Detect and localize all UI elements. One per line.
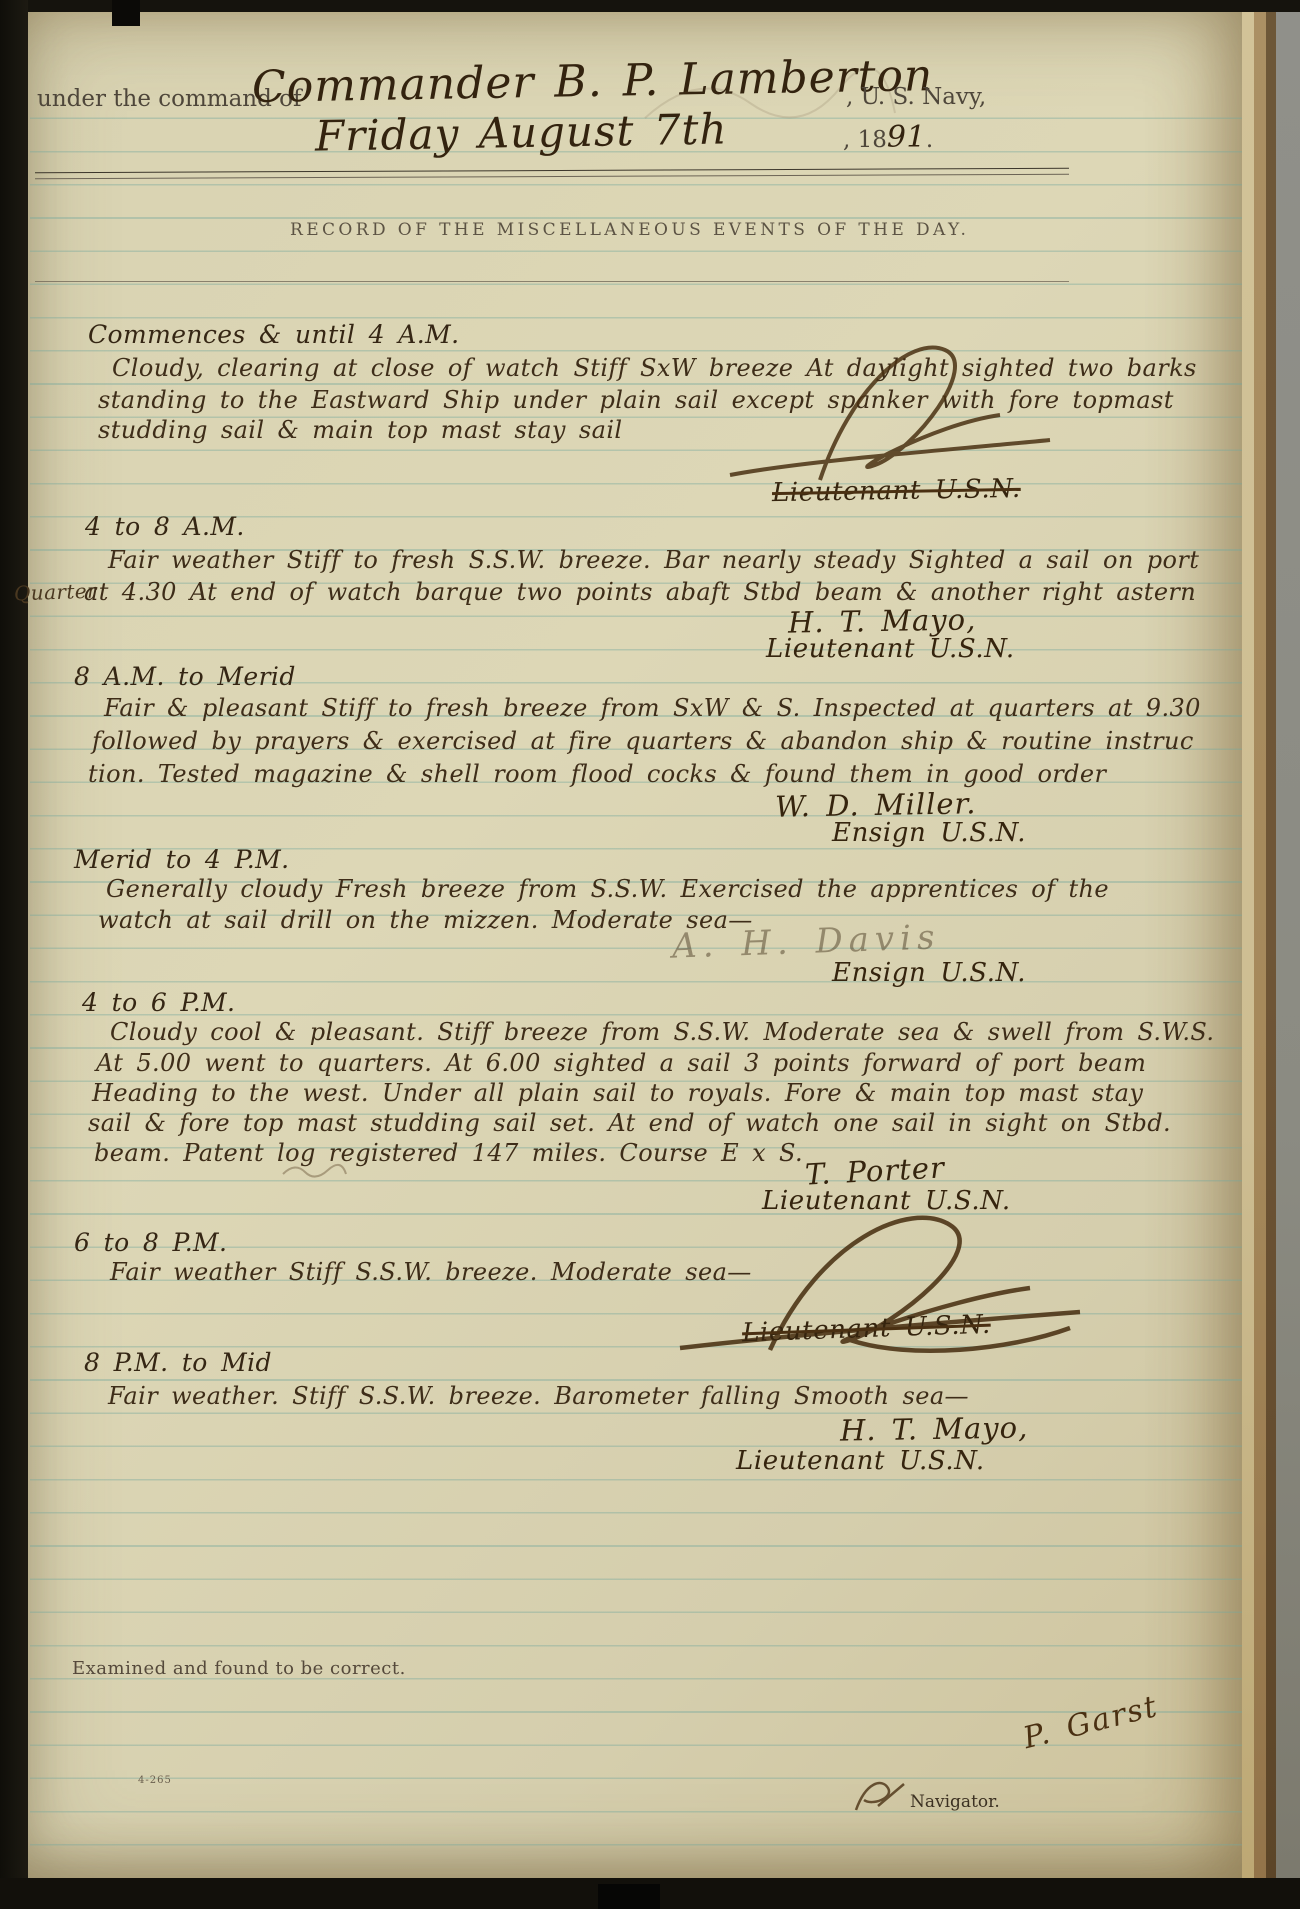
entry-1-line: studding sail & main top mast stay sail [98,416,622,444]
entry-2-line: Fair weather Stiff to fresh S.S.W. breez… [108,546,1199,574]
entry-7-line: Fair weather. Stiff S.S.W. breeze. Barom… [108,1382,969,1410]
binding-notch-top [112,0,140,26]
page-edge-dark [1266,0,1276,1878]
entry-7-signature-title: Lieutenant U.S.N. [736,1446,985,1476]
navigator-title: Navigator. [910,1792,1000,1812]
scan-backdrop [1276,0,1300,1878]
entry-7-signature-name: H. T. Mayo, [840,1410,1029,1447]
entry-4-line: watch at sail drill on the mizzen. Moder… [98,906,753,934]
entry-6-time-header: 6 to 8 P.M. [74,1228,227,1257]
printed-year-suffix: . [926,127,933,153]
section-rule [35,281,1069,282]
entry-4-line: Generally cloudy Fresh breeze from S.S.W… [106,875,1109,903]
entry-1-signature-title: Lieutenant U.S.N. [772,474,1021,508]
entry-3-line: Fair & pleasant Stiff to fresh breeze fr… [104,694,1201,722]
scanned-logbook-page: under the command of Commander B. P. Lam… [0,0,1300,1909]
entry-5-line: At 5.00 went to quarters. At 6.00 sighte… [96,1049,1146,1077]
page-edge-light [1242,0,1254,1878]
faint-pencil-scribble [640,58,900,138]
entry-2-time-header: 4 to 8 A.M. [85,512,245,541]
entry-2-signature-title: Lieutenant U.S.N. [766,634,1015,664]
entry-4-signature-title: Ensign U.S.N. [832,958,1026,988]
page-edge-mid [1254,0,1266,1878]
entry-1-signature-flourish [690,330,1070,490]
ink-smudge [280,1160,350,1182]
examined-note: Examined and found to be correct. [72,1658,406,1679]
entry-5-time-header: 4 to 6 P.M. [82,988,235,1017]
entry-5-line: Cloudy cool & pleasant. Stiff breeze fro… [110,1018,1214,1046]
entry-3-line: followed by prayers & exercised at fire … [92,727,1194,755]
entry-3-time-header: 8 A.M. to Merid [74,662,296,691]
section-title: RECORD OF THE MISCELLANEOUS EVENTS OF TH… [290,220,830,240]
entry-1-time-header: Commences & until 4 A.M. [88,320,459,349]
navigator-flourish [848,1776,910,1814]
entry-2-line: at 4.30 At end of watch barque two point… [84,578,1196,606]
entry-3-signature-title: Ensign U.S.N. [832,818,1026,848]
entry-7-time-header: 8 P.M. to Mid [84,1348,272,1377]
entry-3-line: tion. Tested magazine & shell room flood… [88,760,1106,788]
form-number: 4-265 [138,1775,172,1786]
entry-4-time-header: Merid to 4 P.M. [74,845,289,874]
entry-5-line: beam. Patent log registered 147 miles. C… [94,1139,803,1167]
entry-5-line: sail & fore top mast studding sail set. … [88,1109,1171,1137]
entry-5-line: Heading to the west. Under all plain sai… [92,1079,1143,1107]
scan-border-left [0,0,28,1909]
scan-border-top [0,0,1300,12]
binding-notch-bottom [598,1884,660,1909]
